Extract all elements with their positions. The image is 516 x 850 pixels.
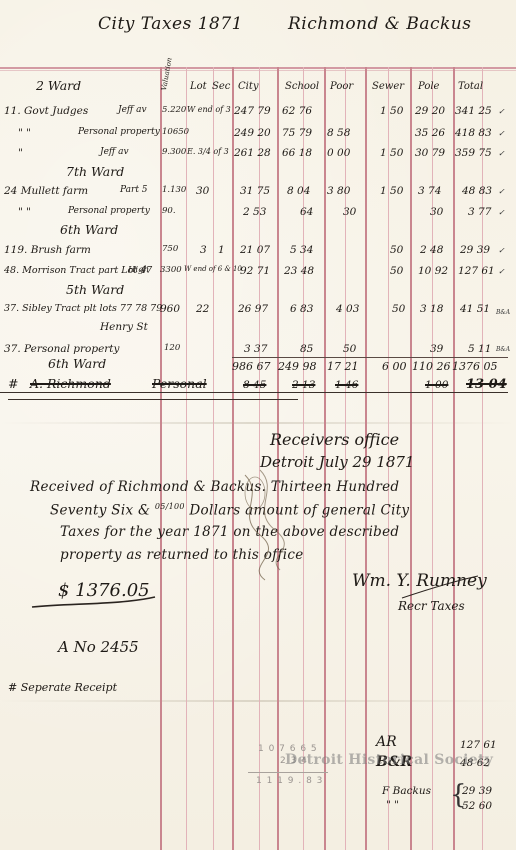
row-poor: 8 58 bbox=[327, 128, 350, 139]
check-mark-icon: ✓ bbox=[498, 108, 505, 116]
row-valuation: 9.300 bbox=[162, 148, 186, 157]
receipt-line-2b: Dollars amount of general City bbox=[185, 503, 410, 519]
row-sec: 1 bbox=[218, 245, 225, 256]
row-pole: 30 79 bbox=[415, 148, 445, 159]
row-city: 2 53 bbox=[243, 207, 266, 218]
row-total: 29 39 bbox=[460, 245, 490, 256]
row-street: High bbox=[128, 266, 149, 275]
row-street: Jeff av bbox=[118, 106, 147, 115]
row-description: 24 Mullett farm bbox=[4, 186, 88, 197]
annotation-amount: 127 61 bbox=[460, 740, 497, 751]
total-pole: 110 26 bbox=[412, 361, 451, 372]
row-description: " " bbox=[18, 128, 31, 139]
row-description: 37. Sibley Tract plt lots 77 78 79 bbox=[4, 304, 162, 314]
column-rule bbox=[186, 67, 187, 850]
signature-title: Recr Taxes bbox=[398, 600, 465, 612]
row-city: 21 07 bbox=[240, 245, 270, 256]
row-sewer: 50 bbox=[390, 245, 403, 256]
row-street: Part 5 bbox=[120, 186, 148, 195]
annotation-amount: 29 39 bbox=[462, 786, 492, 797]
row-street: Personal property bbox=[68, 207, 150, 216]
total-sewer: 6 00 bbox=[382, 361, 407, 372]
header-rule bbox=[0, 70, 516, 71]
document-owner: Richmond & Backus bbox=[288, 16, 471, 33]
header-school: School bbox=[285, 82, 319, 92]
column-rule bbox=[213, 67, 214, 850]
header-description: 2 Ward bbox=[36, 80, 81, 93]
document-title: City Taxes 1871 bbox=[98, 16, 243, 33]
row-lot: 3 bbox=[200, 245, 207, 256]
row-description: 119. Brush farm bbox=[4, 245, 91, 256]
row-pole: 39 bbox=[430, 344, 443, 355]
row-note: B&A bbox=[496, 310, 510, 316]
ward-label: 5th Ward bbox=[66, 284, 124, 297]
backus-label: F Backus bbox=[382, 786, 431, 797]
header-lot: Lot bbox=[190, 82, 207, 92]
pencil-rule bbox=[248, 772, 328, 773]
row-school: 75 79 bbox=[282, 128, 312, 139]
column-rule bbox=[453, 67, 455, 850]
separate-receipt-note: # Seperate Receipt bbox=[8, 682, 117, 693]
row-school: 62 76 bbox=[282, 106, 312, 117]
pencil-line: 1 1 1 9 . 8 3 bbox=[256, 777, 323, 786]
row-city: 26 97 bbox=[238, 304, 268, 315]
row-lot: 30 bbox=[196, 186, 209, 197]
header-poor: Poor bbox=[330, 82, 353, 92]
row-pole: 10 92 bbox=[418, 266, 448, 277]
check-mark-icon: ✓ bbox=[498, 130, 505, 138]
strike-rule bbox=[0, 392, 508, 393]
row-lot: W end of 3 bbox=[187, 106, 231, 114]
total-city: 986 67 bbox=[232, 361, 271, 372]
row-school: 2 13 bbox=[292, 380, 315, 391]
row-pole: 2 48 bbox=[420, 245, 443, 256]
row-lot: W end of 6 & 10 bbox=[184, 266, 242, 273]
row-sewer: 1 50 bbox=[380, 148, 403, 159]
row-total: 41 51 bbox=[460, 304, 490, 315]
signature-flourish-icon bbox=[400, 572, 480, 602]
row-valuation: 10650 bbox=[162, 128, 189, 137]
stamp-flourish-icon bbox=[225, 465, 295, 585]
header-sewer: Sewer bbox=[372, 82, 404, 92]
row-lot: E. 3/4 of 3 bbox=[187, 148, 229, 156]
check-mark-icon: ✓ bbox=[498, 150, 505, 158]
fold-crease bbox=[0, 422, 516, 424]
receipt-line-2a: Seventy Six & bbox=[50, 503, 155, 519]
row-city: 247 79 bbox=[234, 106, 271, 117]
row-description: 11. Govt Judges bbox=[4, 106, 88, 117]
check-mark-icon: ✓ bbox=[498, 247, 505, 255]
total-poor: 17 21 bbox=[327, 361, 359, 372]
row-pole: 30 bbox=[430, 207, 443, 218]
row-lot: 22 bbox=[196, 304, 209, 315]
header-rule bbox=[0, 67, 516, 69]
row-description: " bbox=[18, 148, 23, 159]
row-poor: 30 bbox=[343, 207, 356, 218]
column-rule bbox=[232, 67, 234, 850]
row-street: Personal property bbox=[78, 128, 160, 137]
section-rule bbox=[8, 399, 298, 400]
row-city: 249 20 bbox=[234, 128, 271, 139]
row-description: A. Richmond bbox=[30, 378, 111, 391]
row-total: 48 83 bbox=[462, 186, 492, 197]
row-street: Personal bbox=[152, 378, 207, 391]
row-city: 8 45 bbox=[243, 380, 266, 391]
row-school: 6 83 bbox=[290, 304, 313, 315]
row-sewer: 50 bbox=[390, 266, 403, 277]
row-valuation: 120 bbox=[164, 344, 180, 353]
row-street: Henry St bbox=[100, 322, 148, 333]
receipt-number: A No 2455 bbox=[58, 640, 139, 655]
row-city: 92 71 bbox=[240, 266, 270, 277]
header-pole: Pole bbox=[418, 82, 439, 92]
ward-label: 6th Ward bbox=[60, 224, 118, 237]
row-prefix: # bbox=[8, 378, 18, 391]
row-city: 261 28 bbox=[234, 148, 271, 159]
row-school: 23 48 bbox=[284, 266, 314, 277]
row-city: 31 75 bbox=[240, 186, 270, 197]
amount-underline-icon bbox=[30, 595, 160, 611]
ward-label: 6th Ward bbox=[48, 358, 106, 371]
header-total: Total bbox=[458, 82, 483, 92]
row-valuation: 3300 bbox=[160, 266, 182, 275]
receipt-line-1: Received of Richmond & Backus. Thirteen … bbox=[30, 481, 399, 495]
row-poor: 1 46 bbox=[335, 380, 358, 391]
row-total: 5 11 bbox=[468, 344, 491, 355]
receipt-office: Receivers office bbox=[270, 432, 399, 448]
row-school: 66 18 bbox=[282, 148, 312, 159]
row-valuation: 90. bbox=[162, 207, 176, 216]
row-poor: 50 bbox=[343, 344, 356, 355]
row-pole: 35 26 bbox=[415, 128, 445, 139]
row-total: 3 77 bbox=[468, 207, 491, 218]
row-valuation: 960 bbox=[160, 304, 180, 315]
row-valuation: 1.130 bbox=[162, 186, 186, 195]
row-description: " " bbox=[18, 207, 31, 218]
check-mark-icon: ✓ bbox=[498, 268, 505, 276]
row-school: 85 bbox=[300, 344, 313, 355]
row-note: B&A bbox=[496, 347, 510, 353]
row-poor: 3 80 bbox=[327, 186, 350, 197]
row-city: 3 37 bbox=[244, 344, 267, 355]
header-city: City bbox=[238, 82, 259, 92]
row-pole: 1 00 bbox=[425, 380, 448, 391]
row-pole: 3 74 bbox=[418, 186, 441, 197]
total-grand: 1376 05 bbox=[452, 361, 498, 372]
annotation-amount: 52 60 bbox=[462, 801, 492, 812]
initials: AR bbox=[376, 735, 397, 749]
row-sewer: 1 50 bbox=[380, 186, 403, 197]
header-sec: Sec bbox=[212, 82, 230, 92]
row-valuation: 750 bbox=[162, 245, 178, 254]
ward-label: 7th Ward bbox=[66, 166, 124, 179]
row-total: 359 75 bbox=[455, 148, 492, 159]
row-pole: 29 20 bbox=[415, 106, 445, 117]
row-poor: 0 00 bbox=[327, 148, 350, 159]
row-school: 5 34 bbox=[290, 245, 313, 256]
row-total: 127 61 bbox=[458, 266, 495, 277]
row-poor: 4 03 bbox=[336, 304, 359, 315]
row-sewer: 50 bbox=[392, 304, 405, 315]
check-mark-icon: ✓ bbox=[498, 188, 505, 196]
row-total: 418 83 bbox=[455, 128, 492, 139]
row-pole: 3 18 bbox=[420, 304, 443, 315]
row-valuation: 5.220 bbox=[162, 106, 186, 115]
row-total: 341 25 bbox=[455, 106, 492, 117]
row-school: 8 04 bbox=[287, 186, 310, 197]
ditto-mark: " " bbox=[386, 800, 399, 811]
check-mark-icon: ✓ bbox=[498, 209, 505, 217]
row-total: 13 04 bbox=[466, 378, 507, 391]
row-sewer: 1 50 bbox=[380, 106, 403, 117]
watermark: Detroit Historical Society bbox=[285, 752, 493, 768]
row-school: 64 bbox=[300, 207, 313, 218]
receipt-fraction: 05/100 bbox=[155, 502, 185, 511]
row-street: Jeff av bbox=[100, 148, 129, 157]
totals-rule bbox=[232, 357, 508, 358]
row-description: 37. Personal property bbox=[4, 344, 119, 355]
total-school: 249 98 bbox=[278, 361, 317, 372]
fold-crease bbox=[0, 700, 516, 702]
